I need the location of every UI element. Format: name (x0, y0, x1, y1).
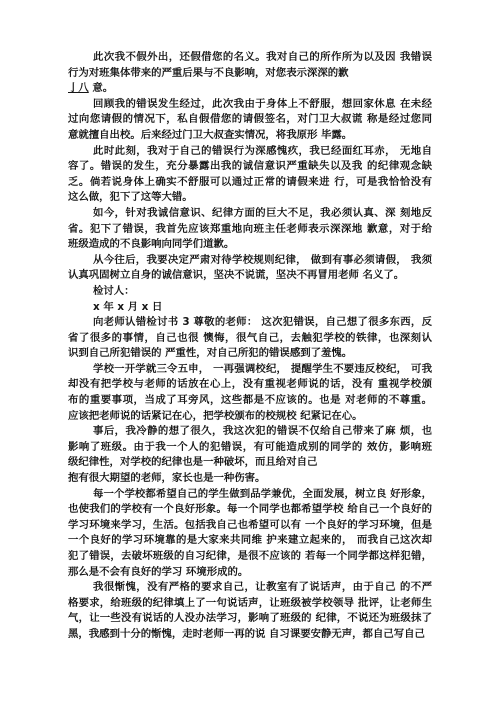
text-line: 此次我不假外出，还假借您的名义。我对自己的所作所为以及因 我错误 (68, 50, 432, 66)
text-line: 行为对班集体带来的严重后果与不良影响，对您表示深深的歉 (68, 66, 432, 82)
text-line: 从今往后，我要决定严肃对待学校规则纪律， 做到有事必须请假， 我须 (68, 253, 432, 269)
text-line: 应该把老师说的话紧记在心，把学校颁布的校规校 纪紧记在心。 (68, 409, 432, 425)
text-line: x 年 x 月 x 日 (68, 300, 432, 316)
text-line: 班级造成的不良影响向同学们道歉。 (68, 237, 432, 253)
text-line: 省了很多的事情，自己也很 懊悔，很气自己，去触犯学校的铁律，也深刻认 (68, 331, 432, 347)
text-line: 学校一开学就三令五申， 一再强调校纪， 提醒学生不要违反校纪， 可我 (68, 362, 432, 378)
text-line: 乏。倘若说身体上确实不舒服可以通过正常的请假来进 行，可是我恰恰没有 (68, 175, 432, 191)
document-body: 此次我不假外出，还假借您的名义。我对自己的所作所为以及因 我错误行为对班集体带来… (68, 50, 432, 643)
text-line: 级纪律性，对学校的纪律也是一种破坏，而且给对自己 (68, 455, 432, 471)
text-line: 认真巩固树立自身的诚信意识，坚决不说谎，坚决不再冒用老师 名义了。 (68, 268, 432, 284)
text-line: 向老师认错检讨书 3 尊敬的老师： 这次犯错误，自己想了很多东西，反 (68, 315, 432, 331)
text-line: 过向您请假的情况下，私自假借您的请假签名，对门卫大叔谎 称是经过您同 (68, 112, 432, 128)
text-line: 犯了错误，去破坏班级的自习纪律，是很不应该的 若每一个同学都这样犯错， (68, 549, 432, 565)
text-line: 省。犯下了错误，我首先应该郑重地向班主任老师表示深深地 歉意，对于给 (68, 222, 432, 238)
text-line: 容了。错误的发生，充分暴露出我的诚信意识严重缺失以及我 的纪律观念缺 (68, 159, 432, 175)
text-line: 也使我们的学校有一个良好形象。每一个同学也都希望学校 给自己一个良好的 (68, 502, 432, 518)
text-line: 气，让一些没有说话的人没办法学习，影响了班级的 纪律，不说还为班级抹了 (68, 611, 432, 627)
text-line: 意就擅自出校。后来经过门卫大叔查实情况，将我原形 毕露。 (68, 128, 432, 144)
text-line: 此时此刻，我对于自己的错误行为深感愧疚，我已经面红耳赤， 无地自 (68, 144, 432, 160)
text-line: 却没有把学校与老师的话放在心上，没有重视老师说的话，没有 重视学校颁 (68, 377, 432, 393)
line-text: 意。 (89, 82, 113, 94)
text-line: 识到自己所犯错误的 严重性，对自己所犯的错误感到了羞愧。 (68, 346, 432, 362)
text-line: 如今，针对我诚信意识、纪律方面的巨大不足，我必须认真、深 刻地反 (68, 206, 432, 222)
text-line: 影响了班级。由于我一个人的犯错误，有可能造成别的同学的 效仿，影响班 (68, 440, 432, 456)
text-line: 每一个学校都希望自己的学生做到品学兼优，全面发展，树立良 好形象， (68, 487, 432, 503)
text-line: 亅八 意。 (68, 81, 432, 97)
text-line: 抱有很大期望的老师，家长也是一种伤害。 (68, 471, 432, 487)
text-line: 事后，我冷静的想了很久，我这次犯的错误不仅给自己带来了麻 烦，也 (68, 424, 432, 440)
text-line: 格要求，给班级的纪律填上了一句说话声，让班级被学校领导 批评，让老师生 (68, 596, 432, 612)
text-line: 布的重要事项，当成了耳旁风，这些都是不应该的。也是 对老师的不尊重。 (68, 393, 432, 409)
text-line: 我很惭愧，没有严格的要求自己，让教室有了说话声，由于自己 的不严 (68, 580, 432, 596)
text-line: 黑，我感到十分的惭愧，走时老师一再的说 自习课要安静无声，都自己写自己 (68, 627, 432, 643)
text-line: 那么是不会有良好的学习 环境形成的。 (68, 565, 432, 581)
text-line: 检讨人： (68, 284, 432, 300)
text-line: 一个良好的学习环境靠的是大家来共同维 护来建立起来的， 而我自己这次却 (68, 533, 432, 549)
text-line: 学习环境来学习，生活。包括我自己也希望可以有 一个良好的学习环境，但是 (68, 518, 432, 534)
underlined-text: 亅八 (68, 82, 89, 94)
text-line: 回顾我的错误发生经过，此次我由于身体上不舒服，想回家休息 在未经 (68, 97, 432, 113)
text-line: 这么做，犯下了这等大错。 (68, 190, 432, 206)
